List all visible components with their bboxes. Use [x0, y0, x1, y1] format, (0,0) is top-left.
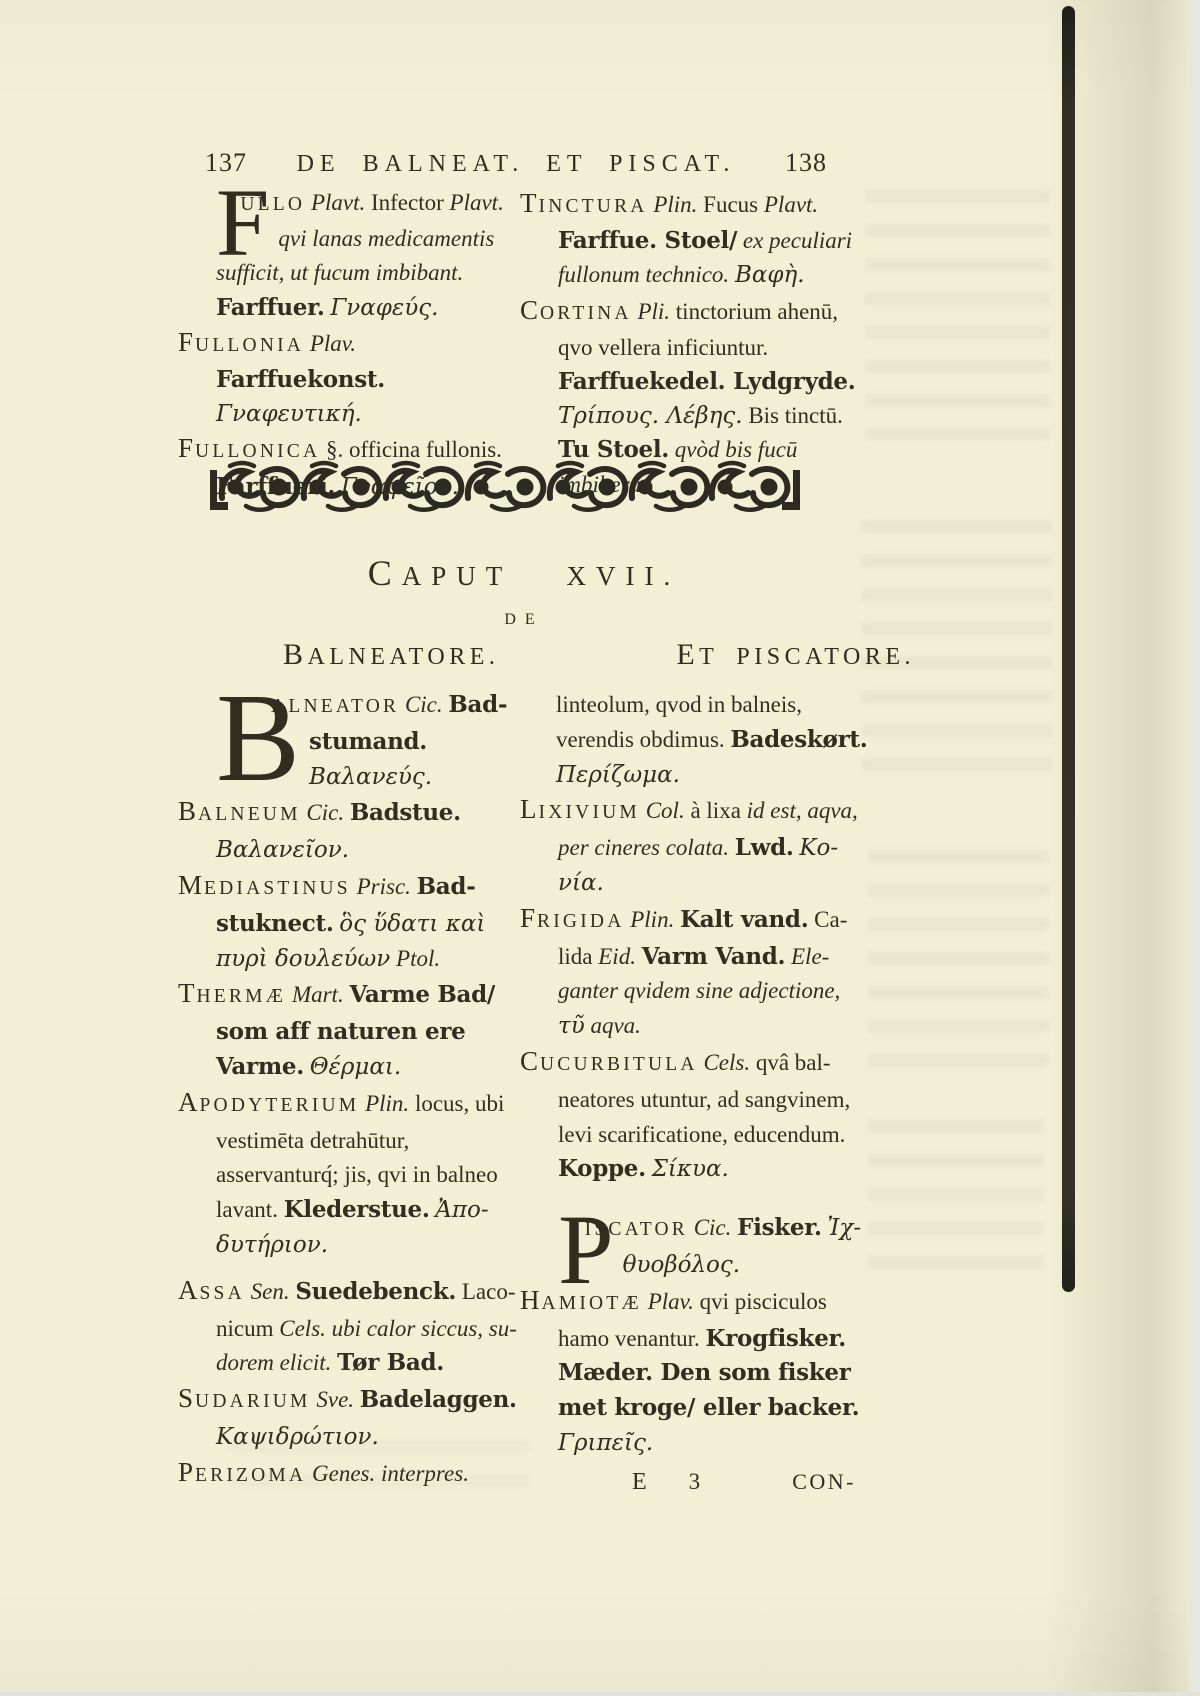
text-segment-fr: Badelaggen.	[360, 1386, 517, 1413]
text-segment-fr: Varm Vand.	[642, 943, 786, 970]
text-segment-fr: Farffuekedel. Lydgryde.	[558, 368, 855, 395]
text-segment-fr: Farffuekonst.	[216, 366, 385, 393]
text-segment-gk: τῦ	[558, 1013, 585, 1039]
dictionary-entry: BALNEATOR Cic. Bad­stumand. Βαλανεύς.	[178, 688, 523, 794]
text-segment-it: Mart.	[292, 982, 344, 1007]
text-segment-it: Plin.	[365, 1091, 409, 1116]
text-segment-hw: MEDIASTINUS	[178, 868, 351, 907]
scan-edge-bottom	[0, 1692, 1200, 1696]
text-segment-hw: TINCTURA	[520, 186, 648, 224]
dictionary-entry: APODYTERIUM Plin. locus, ubi vestimēta d…	[178, 1085, 523, 1263]
text-segment-hw: FRIGIDA	[520, 901, 624, 940]
text-segment-it: Prisc.	[357, 874, 411, 899]
text-segment-gk: Βαλανεῖον.	[216, 837, 349, 863]
text-segment-it: aqva.	[590, 1013, 640, 1038]
text-segment-hwc: ALNEATOR	[271, 696, 399, 717]
text-segment-fr: Tør Bad.	[337, 1349, 444, 1376]
signature-letter: E	[632, 1465, 647, 1500]
text-segment-gk: Θέρμαι.	[310, 1054, 402, 1080]
text-segment-gk: Βαλανεύς.	[309, 764, 432, 790]
text-segment-it: Cels.	[703, 1050, 750, 1075]
chapter-de-label: DE	[180, 611, 868, 629]
text-segment-fr: Farffue. Stoel/	[558, 227, 737, 254]
catchword: CON-	[792, 1465, 856, 1500]
text-segment-hw: LIXIVIUM	[520, 792, 640, 831]
chapter-heading: CAPUT XVII. DE	[180, 552, 868, 629]
text-segment-hw: HAMIOTÆ	[520, 1283, 642, 1322]
dictionary-entry: PISCATOR Cic. Fisker. Ἰχ­θυοβόλος.	[520, 1211, 868, 1283]
text-segment-it: Cic.	[306, 800, 344, 825]
text-segment-fr: Koppe.	[558, 1155, 646, 1182]
text-segment-rm: Fucus	[703, 192, 758, 217]
text-segment-rm: Bis tinctū.	[748, 403, 843, 428]
scan-edge-right	[1189, 0, 1200, 1696]
text-segment-hwc: ULLO	[240, 194, 305, 215]
column-main-right: linteolum, qvod in balneis, verendis obd…	[520, 688, 868, 1500]
chapter-title-left: BALNEATORE.	[283, 638, 499, 672]
chapter-title: BALNEATORE. ET PISCATORE.	[283, 638, 915, 672]
dictionary-entry: MEDIASTINUS Prisc. Bad­stuknect. ὃς ὕδατ…	[178, 868, 523, 976]
text-segment-gk: Γναφεύς.	[330, 295, 438, 321]
dictionary-entry: SUDARIUM Sve. Badelaggen. Καψιδρώτιον.	[178, 1381, 523, 1455]
dictionary-entry: THERMÆ Mart. Varme Bad/ som aff naturen …	[178, 976, 523, 1084]
text-segment-fr: Farff­uer.	[216, 294, 325, 321]
text-segment-it: Sen.	[251, 1279, 290, 1304]
text-segment-hw: PERIZOMA	[178, 1455, 306, 1494]
text-segment-fr: Fisker.	[737, 1214, 822, 1241]
column-top-left: FULLO Plavt. Infector Plavt. qvi lanas m…	[178, 186, 523, 504]
text-segment-fr: Suedebenck.	[295, 1278, 456, 1305]
dictionary-entry: FULLONIA Plav. Farffuekonst. Γναφευτική.	[178, 325, 523, 432]
text-segment-it: Eid.	[598, 944, 636, 969]
text-segment-it: Ptol.	[396, 946, 440, 971]
text-segment-it: Plavt.	[764, 192, 818, 217]
text-segment-it: Pli.	[637, 299, 670, 324]
chapter-title-right: ET PISCATORE.	[676, 638, 915, 672]
text-segment-gk: Γναφευτική.	[216, 401, 362, 427]
dictionary-entry: PERIZOMA Genes. interpres.	[178, 1455, 523, 1494]
text-segment-it: Plav.	[648, 1289, 694, 1314]
text-segment-fr: Klederstue.	[284, 1196, 430, 1223]
text-segment-hwc: ISCATOR	[585, 1219, 688, 1240]
text-segment-fr: Kalt vand.	[680, 906, 808, 933]
text-segment-fr: Badstue.	[350, 799, 461, 826]
dictionary-entry: HAMIOTÆ Plav. qvi piscicu­los hamo venan…	[520, 1283, 868, 1461]
text-segment-rm: §. officina ful­lonis.	[326, 437, 502, 462]
scan-gutter-shadow-bar	[1062, 6, 1075, 1292]
text-segment-hw: SUDARIUM	[178, 1381, 311, 1420]
dictionary-entry: BALNEUM Cic. Badstue. Βαλανεῖον.	[178, 794, 523, 868]
signature-number: 3	[689, 1465, 701, 1500]
dictionary-entry: linteolum, qvod in balneis, verendis obd…	[520, 688, 868, 792]
dictionary-entry: LIXIVIUM Col. à lixa id est, a­qva, per …	[520, 792, 868, 900]
text-segment-gk: Σίκυα.	[652, 1156, 729, 1182]
book-page-scan: 137 DE BALNEAT. ET PISCAT. 138 FULLO Pla…	[0, 0, 1200, 1696]
text-segment-hw: BALNEUM	[178, 794, 301, 833]
text-segment-it: Plav.	[310, 331, 356, 356]
ornament-band	[210, 460, 800, 512]
text-segment-it: Plin.	[630, 907, 674, 932]
text-segment-hw: FULLONIA	[178, 325, 304, 363]
text-segment-hw: CORTINA	[520, 293, 632, 331]
dictionary-entry: ASSA Sen. Suedebenck. Laco­nicum Cels. u…	[178, 1273, 523, 1381]
text-segment-hw: APODYTERIUM	[178, 1085, 359, 1124]
text-segment-it: Plin.	[653, 192, 697, 217]
text-segment-it: Plavt.	[311, 190, 365, 215]
text-segment-it: Sve.	[316, 1387, 354, 1412]
page-header: 137 DE BALNEAT. ET PISCAT. 138	[205, 148, 827, 178]
dictionary-entry: TINCTURA Plin. Fucus Plavt. Farffue. Sto…	[520, 186, 868, 293]
text-segment-gk: Καψιδρώτιον.	[216, 1424, 379, 1450]
dictionary-entry: FRIGIDA Plin. Kalt vand. Ca­lida Eid. Va…	[520, 901, 868, 1044]
text-segment-it: Cic.	[694, 1215, 732, 1240]
text-segment-it: Genes. interpres.	[312, 1461, 469, 1486]
text-segment-it: Col.	[646, 798, 685, 823]
column-main-left: BALNEATOR Cic. Bad­stumand. Βαλανεύς. BA…	[178, 688, 523, 1494]
signature-line: E 3 CON-	[520, 1465, 868, 1500]
dictionary-entry: FULLO Plavt. Infector Plavt. qvi lanas m…	[178, 186, 523, 325]
chapter-number: CAPUT XVII.	[368, 552, 681, 594]
dictionary-entry: CUCURBITULA Cels. qvâ bal­neatores utunt…	[520, 1044, 868, 1187]
text-segment-gk: Περίζωμα.	[556, 762, 680, 788]
text-segment-fr: Lwd.	[735, 834, 794, 861]
running-title: DE BALNEAT. ET PISCAT.	[297, 151, 736, 178]
text-segment-gk: Γριπεῖς.	[558, 1430, 653, 1456]
text-segment-gk: Βαφὴ.	[735, 262, 805, 288]
column-top-right: TINCTURA Plin. Fucus Plavt. Farffue. Sto…	[520, 186, 868, 502]
text-segment-it: Cic.	[405, 692, 443, 717]
text-segment-fr: Bade­skørt.	[730, 726, 867, 753]
text-segment-hw: THERMÆ	[178, 976, 286, 1015]
page-number-right: 138	[785, 148, 827, 178]
text-segment-rm: Infector	[371, 190, 444, 215]
text-segment-hw: CUCURBITULA	[520, 1044, 698, 1083]
text-segment-it: Plavt.	[450, 190, 504, 215]
text-segment-hw: ASSA	[178, 1273, 245, 1312]
text-segment-gk: Τρίπους. Λέβης.	[558, 403, 743, 429]
text-segment-rm: à lixa	[690, 798, 740, 823]
